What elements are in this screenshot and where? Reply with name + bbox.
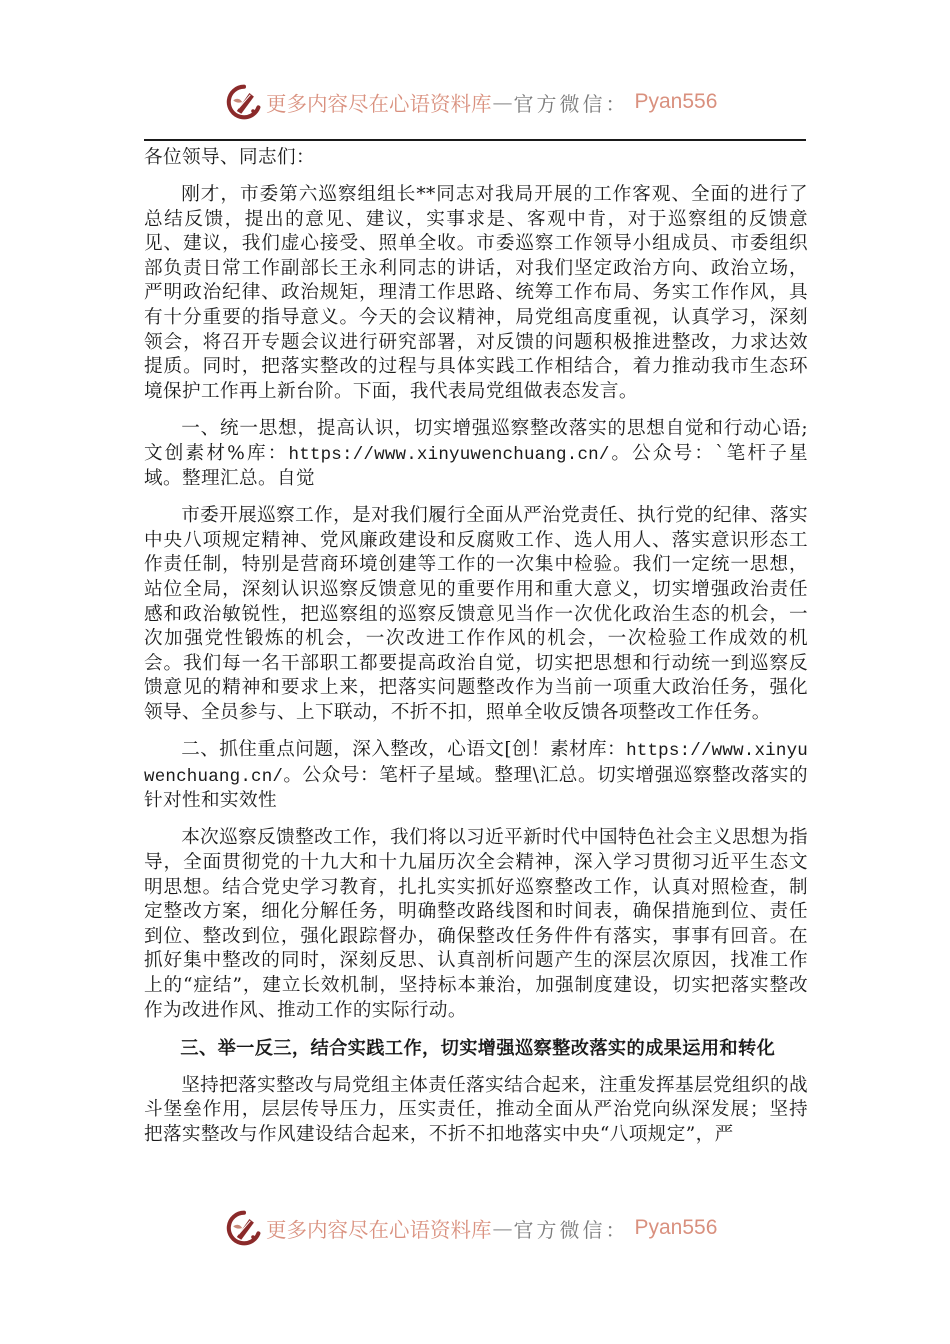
paragraph-section-1: 市委开展巡察工作，是对我们履行全面从严治党责任、执行党的纪律、落实中央八项规定精… — [144, 504, 808, 725]
quill-pen-logo-icon — [226, 1210, 262, 1246]
header-divider — [144, 139, 806, 141]
quill-pen-logo-icon — [226, 84, 262, 120]
section-heading-3: 三、举一反三，结合实践工作，切实增强巡察整改落实的成果运用和转化 — [144, 1036, 808, 1062]
footer-banner: 更多内容尽在心语资料库 — 官方微信： Pyan556 — [226, 1208, 717, 1248]
banner-main-text: 更多内容尽在心语资料库 — [266, 87, 492, 117]
paragraph-section-2: 本次巡察反馈整改工作，我们将以习近平新时代中国特色社会主义思想为指导，全面贯彻党… — [144, 826, 808, 1023]
salutation: 各位领导、同志们： — [144, 146, 808, 171]
document-body: 各位领导、同志们： 刚才，市委第六巡察组组长**同志对我局开展的工作客观、全面的… — [144, 146, 808, 1160]
banner-dash: — — [493, 1216, 513, 1240]
banner-wechat-id: Pyan556 — [635, 1216, 718, 1240]
header-banner: 更多内容尽在心语资料库 — 官方微信： Pyan556 — [226, 82, 717, 122]
banner-wechat-id: Pyan556 — [635, 90, 718, 114]
banner-main-text: 更多内容尽在心语资料库 — [266, 1213, 492, 1243]
banner-official-label: 官方微信： — [514, 88, 629, 117]
banner-official-label: 官方微信： — [514, 1214, 629, 1243]
section-heading-1: 一、统一思想，提高认识，切实增强巡察整改落实的思想自觉和行动心语;文创素材%库：… — [144, 417, 808, 492]
banner-dash: — — [493, 90, 513, 114]
section-heading-1-url: https://www.xinyuwenchuang.cn/ — [289, 445, 610, 465]
paragraph-intro: 刚才，市委第六巡察组组长**同志对我局开展的工作客观、全面的进行了总结反馈，提出… — [144, 183, 808, 404]
section-heading-2-text: 二、抓住重点问题，深入整改，心语文[创！素材库： — [181, 739, 626, 760]
section-heading-2: 二、抓住重点问题，深入整改，心语文[创！素材库：https://www.xiny… — [144, 738, 808, 814]
paragraph-section-3: 坚持把落实整改与局党组主体责任落实结合起来，注重发挥基层党组织的战斗堡垒作用，层… — [144, 1074, 808, 1148]
